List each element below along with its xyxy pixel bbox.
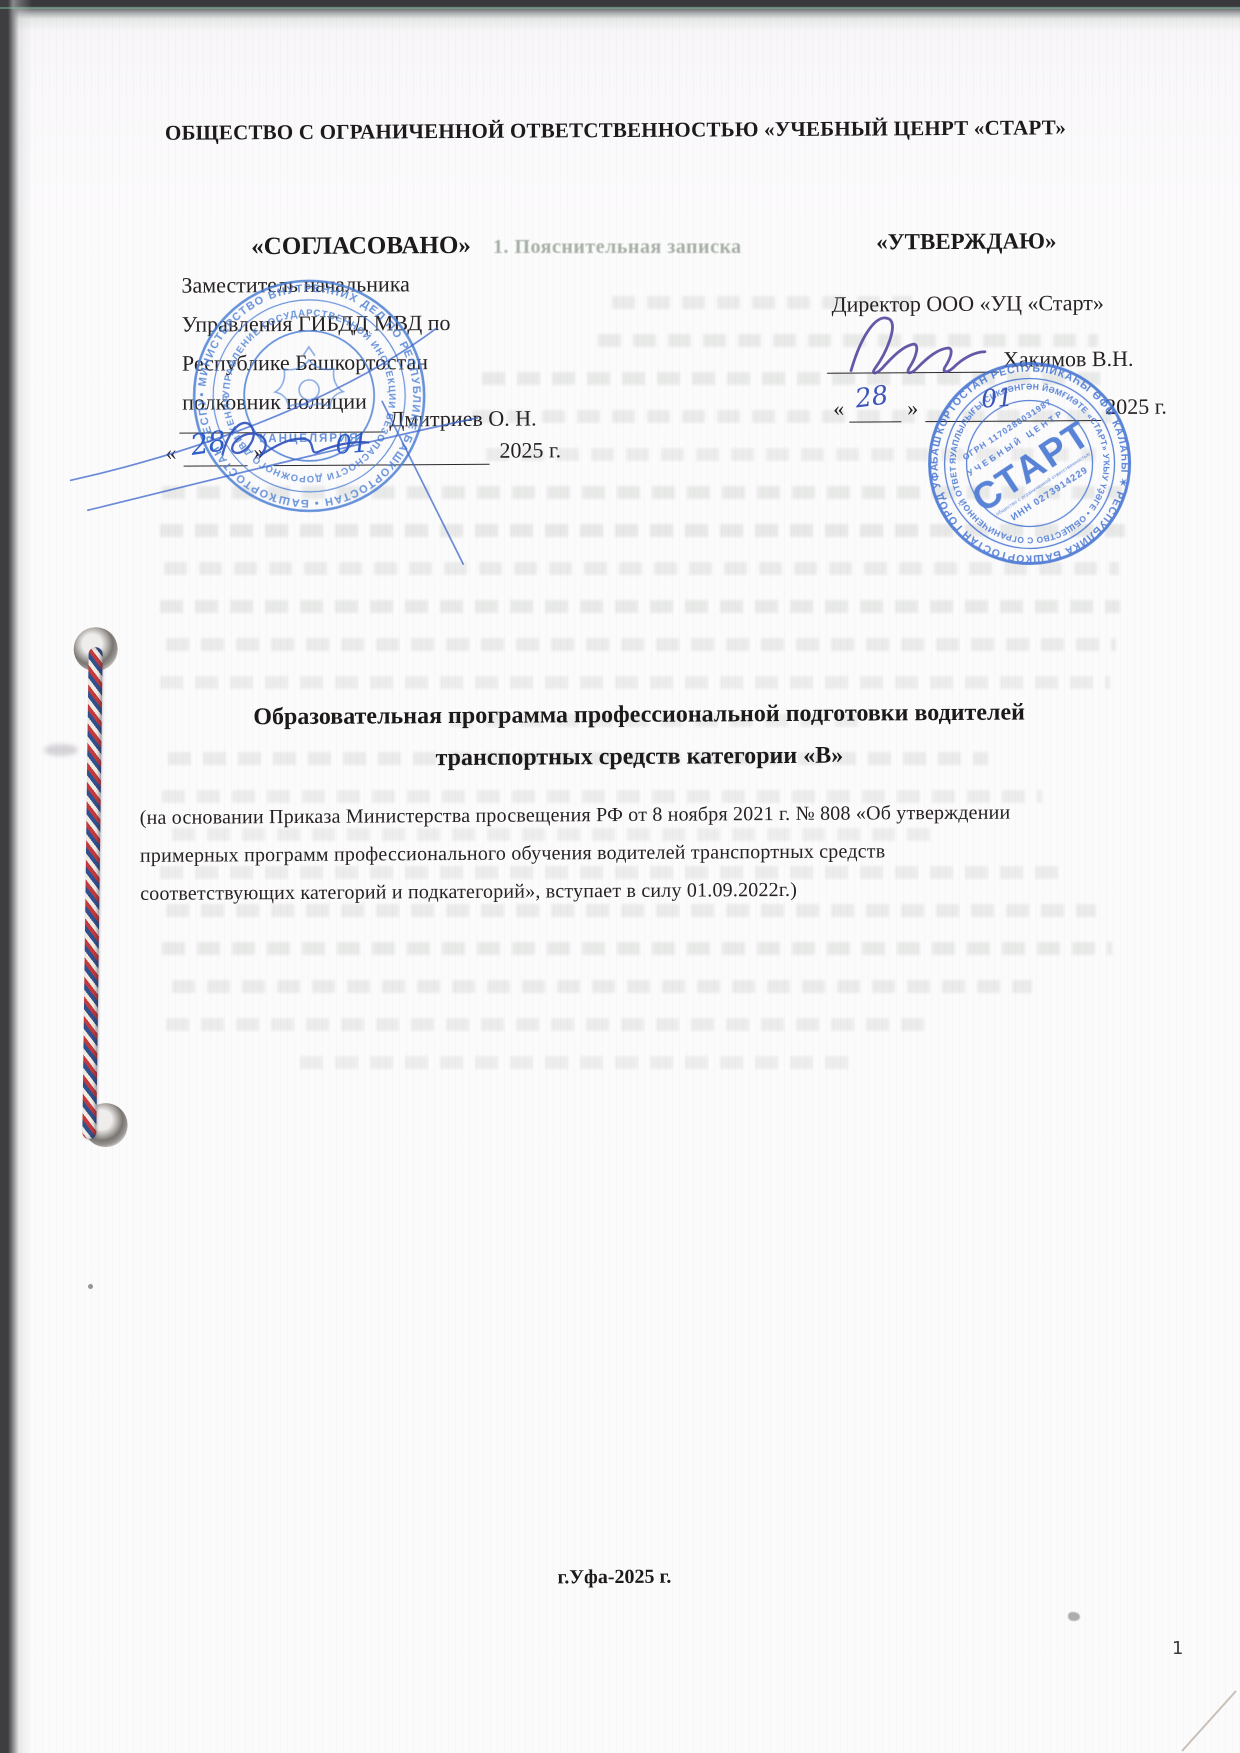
- scan-speck: [1068, 1612, 1080, 1621]
- pen-flourish-strokes: [51, 285, 553, 668]
- scanner-edge-top: [0, 0, 1240, 32]
- date-day-line-right: [849, 421, 901, 422]
- organization-title: ОБЩЕСТВО С ОГРАНИЧЕННОЙ ОТВЕТСТВЕННОСТЬЮ…: [0, 114, 1236, 147]
- signature-left: [212, 409, 412, 470]
- scanned-document-page: 1. Пояснительная записка ОБЩЕСТВО С ОГРА…: [0, 0, 1240, 1753]
- subtitle-line1: (на основании Приказа Министерства просв…: [140, 801, 1145, 830]
- document-title-line1: Образовательная программа профессиональн…: [139, 699, 1139, 732]
- start-round-stamp: БАШҠОРТОСТАН РЕСПУБЛИКАҺЫ ӨФӨ ҠАЛАҺЫ ✶ Р…: [925, 359, 1134, 568]
- signature-right: [835, 306, 1015, 379]
- approved-right-heading: «УТВЕРЖДАЮ»: [876, 228, 1056, 255]
- document-title-line2: транспортных средств категории «В»: [139, 741, 1139, 774]
- page-curl-line: [1180, 1683, 1240, 1753]
- scan-smudge: [44, 744, 78, 756]
- scanner-edge-left: [0, 0, 32, 1753]
- handwritten-month-right: 01: [980, 383, 1013, 414]
- binding-cord: [82, 647, 102, 1139]
- scanner-edge-green-line: [0, 7, 1240, 9]
- scan-dot: [88, 1284, 93, 1289]
- page-content: ОБЩЕСТВО С ОГРАНИЧЕННОЙ ОТВЕТСТВЕННОСТЬЮ…: [0, 0, 1240, 1753]
- subtitle-line2: примерных программ профессионального обу…: [140, 839, 1145, 868]
- subtitle-line3: соответствующих категорий и подкатегорий…: [140, 877, 1145, 906]
- handwritten-day-right: 28: [853, 380, 890, 414]
- date-quote-open-right: «: [833, 396, 844, 422]
- footer-city-year: г.Уфа-2025 г.: [424, 1565, 804, 1590]
- approved-left-heading: «СОГЛАСОВАНО»: [251, 232, 471, 261]
- date-quote-close-right: »: [907, 395, 918, 421]
